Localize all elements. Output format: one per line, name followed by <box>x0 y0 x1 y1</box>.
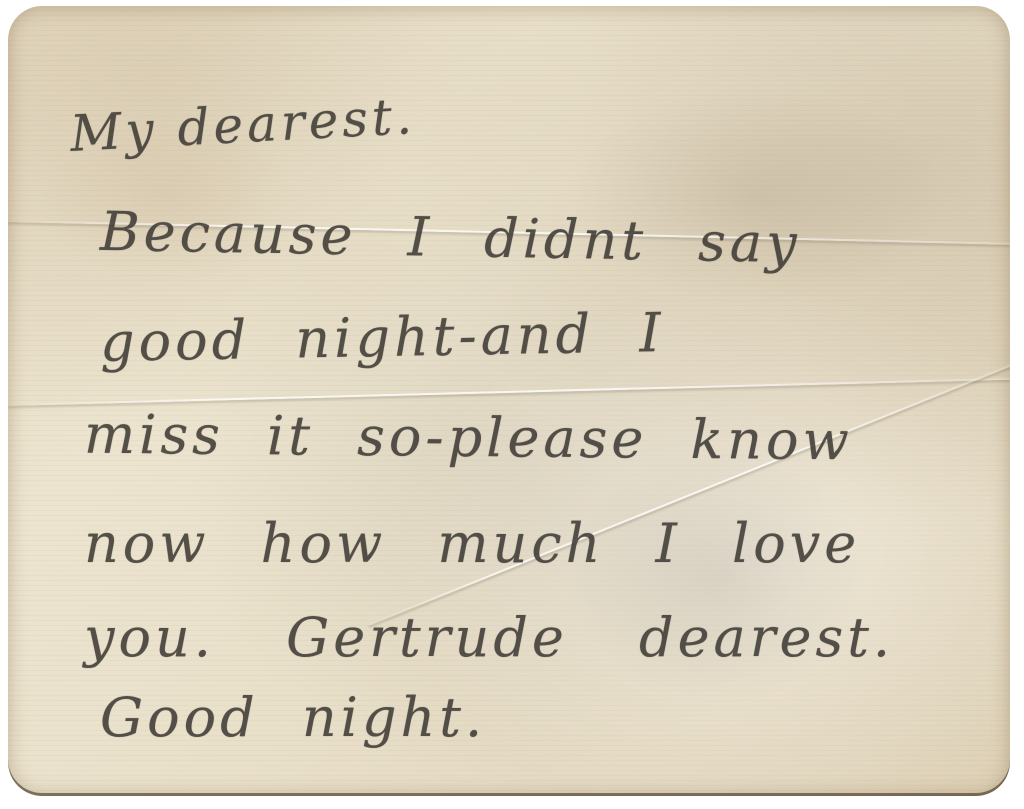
note-line-signature: you. Gertrude dearest. <box>84 606 894 669</box>
note-line: good night-and I <box>99 301 665 374</box>
note-salutation: My dearest. <box>69 87 417 163</box>
fold-crease <box>368 362 1010 626</box>
note-closing: Good night. <box>100 686 486 749</box>
note-line: now how much I love <box>84 512 860 575</box>
fold-crease <box>8 378 1010 406</box>
note-line: Because I didnt say <box>100 200 802 275</box>
handwritten-note-card: My dearest. Because I didnt say good nig… <box>8 6 1010 796</box>
note-line: miss it so-please know <box>84 403 853 473</box>
